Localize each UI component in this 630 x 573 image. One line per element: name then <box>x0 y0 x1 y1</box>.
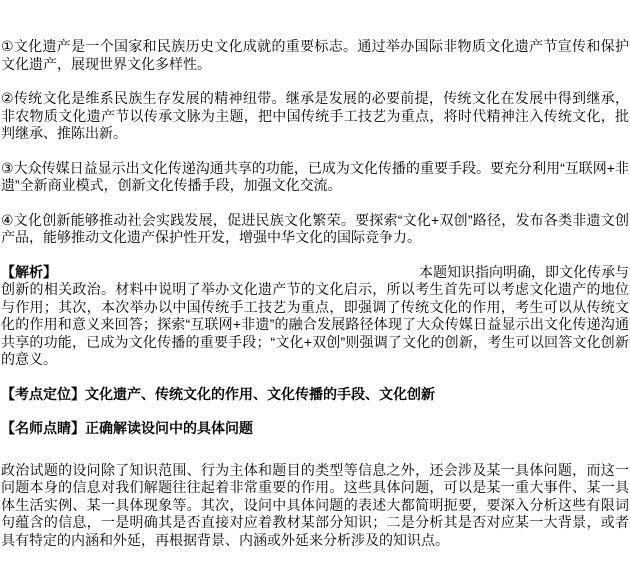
teacher-tip-label: 【名师点睛】 <box>1 420 85 436</box>
answer-point-2: ②传统文化是维系民族生存发展的精神纽带。继承是发展的必要前提，传统文化在发展中得… <box>1 90 629 143</box>
answer-point-4: ④文化创新能够推动社会实践发展，促进民族文化繁荣。要探索“文化+双创”路径，发布… <box>1 212 629 247</box>
exam-explanation-document: ①文化遗产是一个国家和民族历史文化成就的重要标志。通过举办国际非物质文化遗产节宣… <box>0 0 630 573</box>
analysis-body-text: 创新的相关政治。材料中说明了举办文化遗产节的文化启示，所以考生首先可以考虑文化遗… <box>1 281 629 369</box>
teacher-tip-body: 政治试题的设问除了知识范围、行为主体和题目的类型等信息之外，还会涉及某一具体问题… <box>1 462 629 550</box>
analysis-label: 【解析】 <box>1 264 57 282</box>
answer-point-3: ③大众传媒日益显示出文化传递沟通共享的功能，已成为文化传播的重要手段。要充分利用… <box>1 160 629 195</box>
analysis-header-line: 【解析】 本题知识指向明确，即文化传承与 <box>1 264 629 282</box>
teacher-tip-content: 正确解读设问中的具体问题 <box>85 420 253 436</box>
answer-point-1: ①文化遗产是一个国家和民族历史文化成就的重要标志。通过举办国际非物质文化遗产节宣… <box>1 38 629 73</box>
analysis-intro-text: 本题知识指向明确，即文化传承与 <box>419 264 629 282</box>
exam-focus-label: 【考点定位】 <box>1 386 85 402</box>
teacher-tip-line: 【名师点睛】正确解读设问中的具体问题 <box>1 420 629 438</box>
exam-focus-line: 【考点定位】文化遗产、传统文化的作用、文化传播的手段、文化创新 <box>1 386 629 404</box>
analysis-section: 【解析】 本题知识指向明确，即文化传承与 创新的相关政治。材料中说明了举办文化遗… <box>1 264 629 369</box>
exam-focus-content: 文化遗产、传统文化的作用、文化传播的手段、文化创新 <box>85 386 435 402</box>
